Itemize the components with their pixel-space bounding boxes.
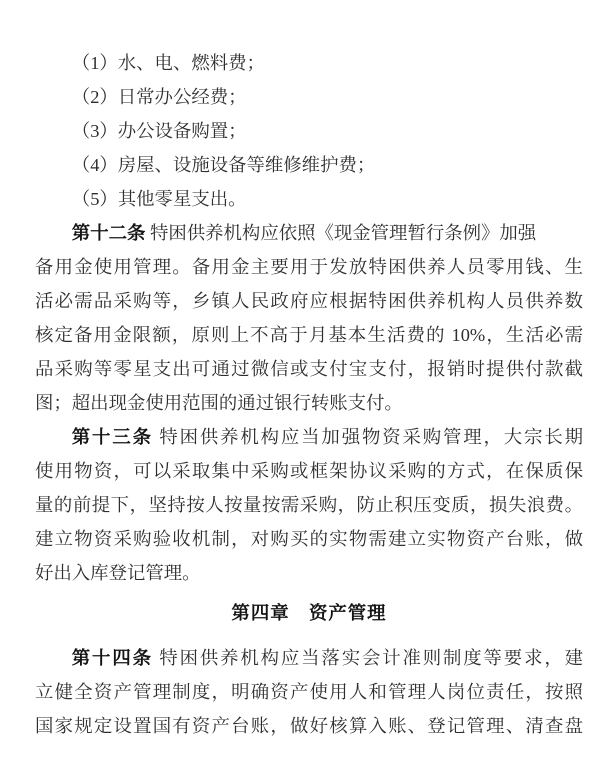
article-12-line-2: 备用金使用管理。备用金主要用于发放特困供养人员零用钱、生 [35, 250, 583, 284]
document-page: （1）水、电、燃料费； （2）日常办公经费； （3）办公设备购置； （4）房屋、… [0, 0, 595, 769]
list-item-4: （4）房屋、设施设备等维修维护费； [35, 148, 583, 182]
article-14-line-2: 立健全资产管理制度，明确资产使用人和管理人岗位责任，按照 [35, 675, 583, 709]
article-13-line-2: 使用物资，可以采取集中采购或框架协议采购的方式，在保质保 [35, 454, 583, 488]
chapter-heading: 第四章 资产管理 [35, 596, 583, 630]
article-12-line-1: 第十二条 特困供养机构应依照《现金管理暂行条例》加强 [35, 216, 583, 250]
article-14-text: 特困供养机构应当落实会计准则制度等要求，建 [153, 648, 583, 668]
list-item-2: （2）日常办公经费； [35, 80, 583, 114]
list-item-1: （1）水、电、燃料费； [35, 46, 583, 80]
article-14-line-3: 国家规定设置国有资产台账，做好核算入账、登记管理、清查盘 [35, 709, 583, 743]
article-13-line-3: 量的前提下，坚持按人按量按需采购，防止积压变质，损失浪费。 [35, 488, 583, 522]
article-12-line-5: 品采购等零星支出可通过微信或支付宝支付，报销时提供付款截 [35, 352, 583, 386]
article-12-line-6: 图；超出现金使用范围的通过银行转账支付。 [35, 386, 583, 420]
article-13-line-1: 第十三条 特困供养机构应当加强物资采购管理，大宗长期 [35, 420, 583, 454]
article-13-text: 特困供养机构应当加强物资采购管理，大宗长期 [153, 427, 583, 447]
list-item-5: （5）其他零星支出。 [35, 182, 583, 216]
article-13-line-5: 好出入库登记管理。 [35, 556, 583, 590]
article-12-line-3: 活必需品采购等，乡镇人民政府应根据特困供养机构人员供养数 [35, 284, 583, 318]
article-12-text: 特困供养机构应依照《现金管理暂行条例》加强 [145, 223, 536, 243]
article-12-number: 第十二条 [72, 223, 146, 243]
article-14-number: 第十四条 [72, 648, 153, 668]
article-14-line-1: 第十四条 特困供养机构应当落实会计准则制度等要求，建 [35, 641, 583, 675]
list-item-3: （3）办公设备购置； [35, 114, 583, 148]
article-13-line-4: 建立物资采购验收机制，对购买的实物需建立实物资产台账，做 [35, 522, 583, 556]
article-13-number: 第十三条 [72, 427, 153, 447]
article-12-line-4: 核定备用金限额，原则上不高于月基本生活费的 10%，生活必需 [35, 318, 583, 352]
